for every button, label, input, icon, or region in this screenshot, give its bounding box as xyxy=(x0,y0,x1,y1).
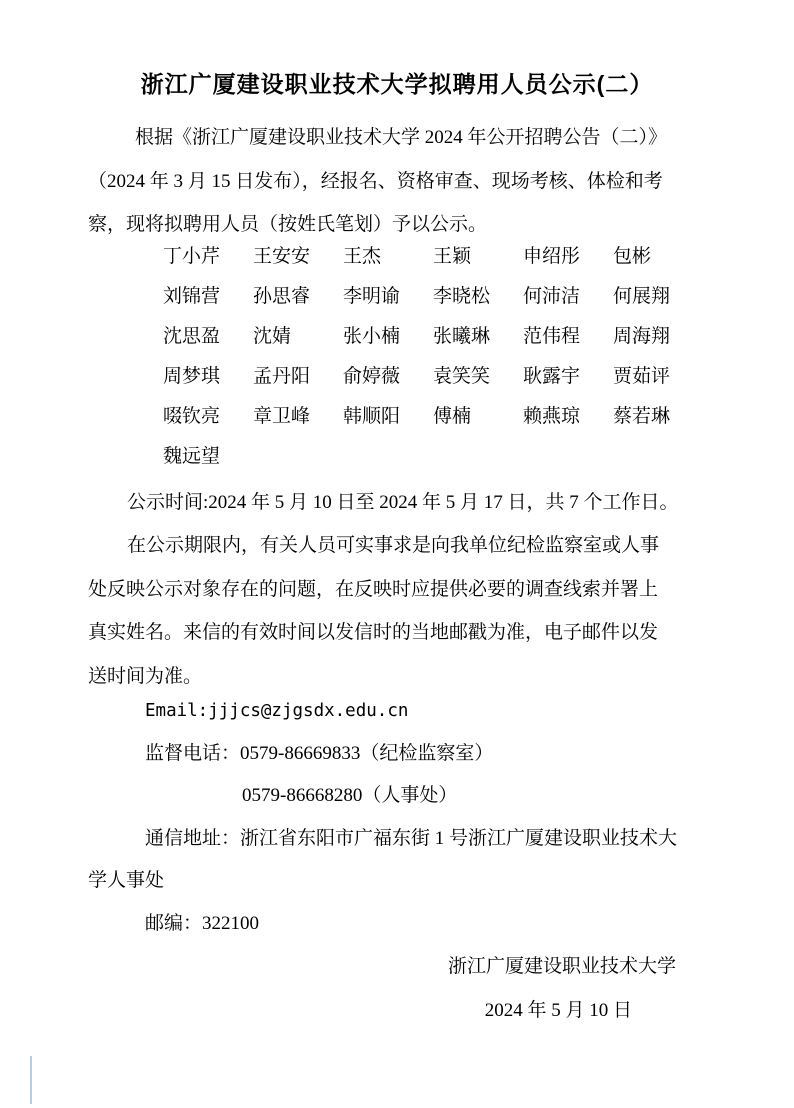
intro-line: 根据《浙江广厦建设职业技术大学 2024 年公开招聘公告（二）》 xyxy=(88,116,706,160)
name-item: 李明谕 xyxy=(343,277,433,317)
name-item: 啜钦亮 xyxy=(163,397,253,437)
name-item: 王颖 xyxy=(433,237,523,277)
name-item: 张小楠 xyxy=(343,317,433,357)
feedback-line: 处反映公示对象存在的问题，在反映时应提供必要的调查线索并署上 xyxy=(88,568,706,612)
name-row: 啜钦亮章卫峰韩顺阳傅楠赖燕琼蔡若琳 xyxy=(163,397,706,437)
name-item: 孟丹阳 xyxy=(253,357,343,397)
name-item: 包彬 xyxy=(613,237,703,277)
address-line: 学人事处 xyxy=(88,860,706,903)
document-page: 浙江广厦建设职业技术大学拟聘用人员公示(二） 根据《浙江广厦建设职业技术大学 2… xyxy=(0,0,794,1108)
name-item: 章卫峰 xyxy=(253,397,343,437)
name-item: 申绍彤 xyxy=(523,237,613,277)
name-row: 刘锦营孙思睿李明谕李晓松何沛洁何展翔 xyxy=(163,277,706,317)
postal-code-line: 邮编：322100 xyxy=(88,903,706,946)
name-item: 沈婧 xyxy=(253,317,343,357)
intro-paragraph: 根据《浙江广厦建设职业技术大学 2024 年公开招聘公告（二）》（2024 年 … xyxy=(88,116,706,247)
hr-phone-line: 0579-86668280（人事处） xyxy=(88,775,706,818)
intro-line: （2024 年 3 月 15 日发布），经报名、资格审查、现场考核、体检和考 xyxy=(88,160,706,204)
name-row: 丁小芹王安安王杰王颖申绍彤包彬 xyxy=(163,237,706,277)
document-title: 浙江广厦建设职业技术大学拟聘用人员公示(二） xyxy=(88,62,706,106)
name-item: 范伟程 xyxy=(523,317,613,357)
name-item: 丁小芹 xyxy=(163,237,253,277)
name-item: 孙思睿 xyxy=(253,277,343,317)
name-item: 赖燕琼 xyxy=(523,397,613,437)
address-line: 通信地址：浙江省东阳市广福东街 1 号浙江广厦建设职业技术大 xyxy=(88,818,706,861)
name-item: 王杰 xyxy=(343,237,433,277)
contact-email: Email:jjjcs@zjgsdx.edu.cn xyxy=(88,690,706,733)
name-item: 蔡若琳 xyxy=(613,397,703,437)
name-row: 周梦琪孟丹阳俞婷薇袁笑笑耿露宇贾茹评 xyxy=(163,357,706,397)
mailing-address: 通信地址：浙江省东阳市广福东街 1 号浙江广厦建设职业技术大学人事处 xyxy=(88,818,706,903)
name-item: 周梦琪 xyxy=(163,357,253,397)
contact-section: Email:jjjcs@zjgsdx.edu.cn 监督电话：0579-8666… xyxy=(88,690,706,945)
name-item: 沈思盈 xyxy=(163,317,253,357)
signature-organization: 浙江广厦建设职业技术大学 xyxy=(88,945,706,989)
page-edge-mark xyxy=(30,1056,32,1104)
notice-time-line: 公示时间:2024 年 5 月 10 日至 2024 年 5 月 17 日，共 … xyxy=(88,481,706,525)
name-item: 张曦琳 xyxy=(433,317,523,357)
name-item: 傅楠 xyxy=(433,397,523,437)
feedback-paragraph: 在公示期限内，有关人员可实事求是向我单位纪检监察室或人事处反映公示对象存在的问题… xyxy=(88,524,706,698)
name-item: 李晓松 xyxy=(433,277,523,317)
name-row: 沈思盈沈婧张小楠张曦琳范伟程周海翔 xyxy=(163,317,706,357)
supervision-phone-line: 监督电话：0579-86669833（纪检监察室） xyxy=(88,733,706,776)
name-item: 耿露宇 xyxy=(523,357,613,397)
signature-date: 2024 年 5 月 10 日 xyxy=(88,989,706,1033)
feedback-line: 在公示期限内，有关人员可实事求是向我单位纪检监察室或人事 xyxy=(88,524,706,568)
name-item: 袁笑笑 xyxy=(433,357,523,397)
name-row: 魏远望 xyxy=(163,437,706,477)
document-content: 浙江广厦建设职业技术大学拟聘用人员公示(二） 根据《浙江广厦建设职业技术大学 2… xyxy=(88,0,706,1032)
feedback-line: 真实姓名。来信的有效时间以发信时的当地邮戳为准，电子邮件以发 xyxy=(88,611,706,655)
name-item: 王安安 xyxy=(253,237,343,277)
name-item: 何展翔 xyxy=(613,277,703,317)
notice-time-paragraph: 公示时间:2024 年 5 月 10 日至 2024 年 5 月 17 日，共 … xyxy=(88,481,706,525)
name-item: 刘锦营 xyxy=(163,277,253,317)
name-item: 周海翔 xyxy=(613,317,703,357)
name-item: 何沛洁 xyxy=(523,277,613,317)
name-item: 韩顺阳 xyxy=(343,397,433,437)
name-item: 俞婷薇 xyxy=(343,357,433,397)
names-grid: 丁小芹王安安王杰王颖申绍彤包彬刘锦营孙思睿李明谕李晓松何沛洁何展翔沈思盈沈婧张小… xyxy=(88,237,706,477)
name-item: 魏远望 xyxy=(163,437,253,477)
name-item: 贾茹评 xyxy=(613,357,703,397)
